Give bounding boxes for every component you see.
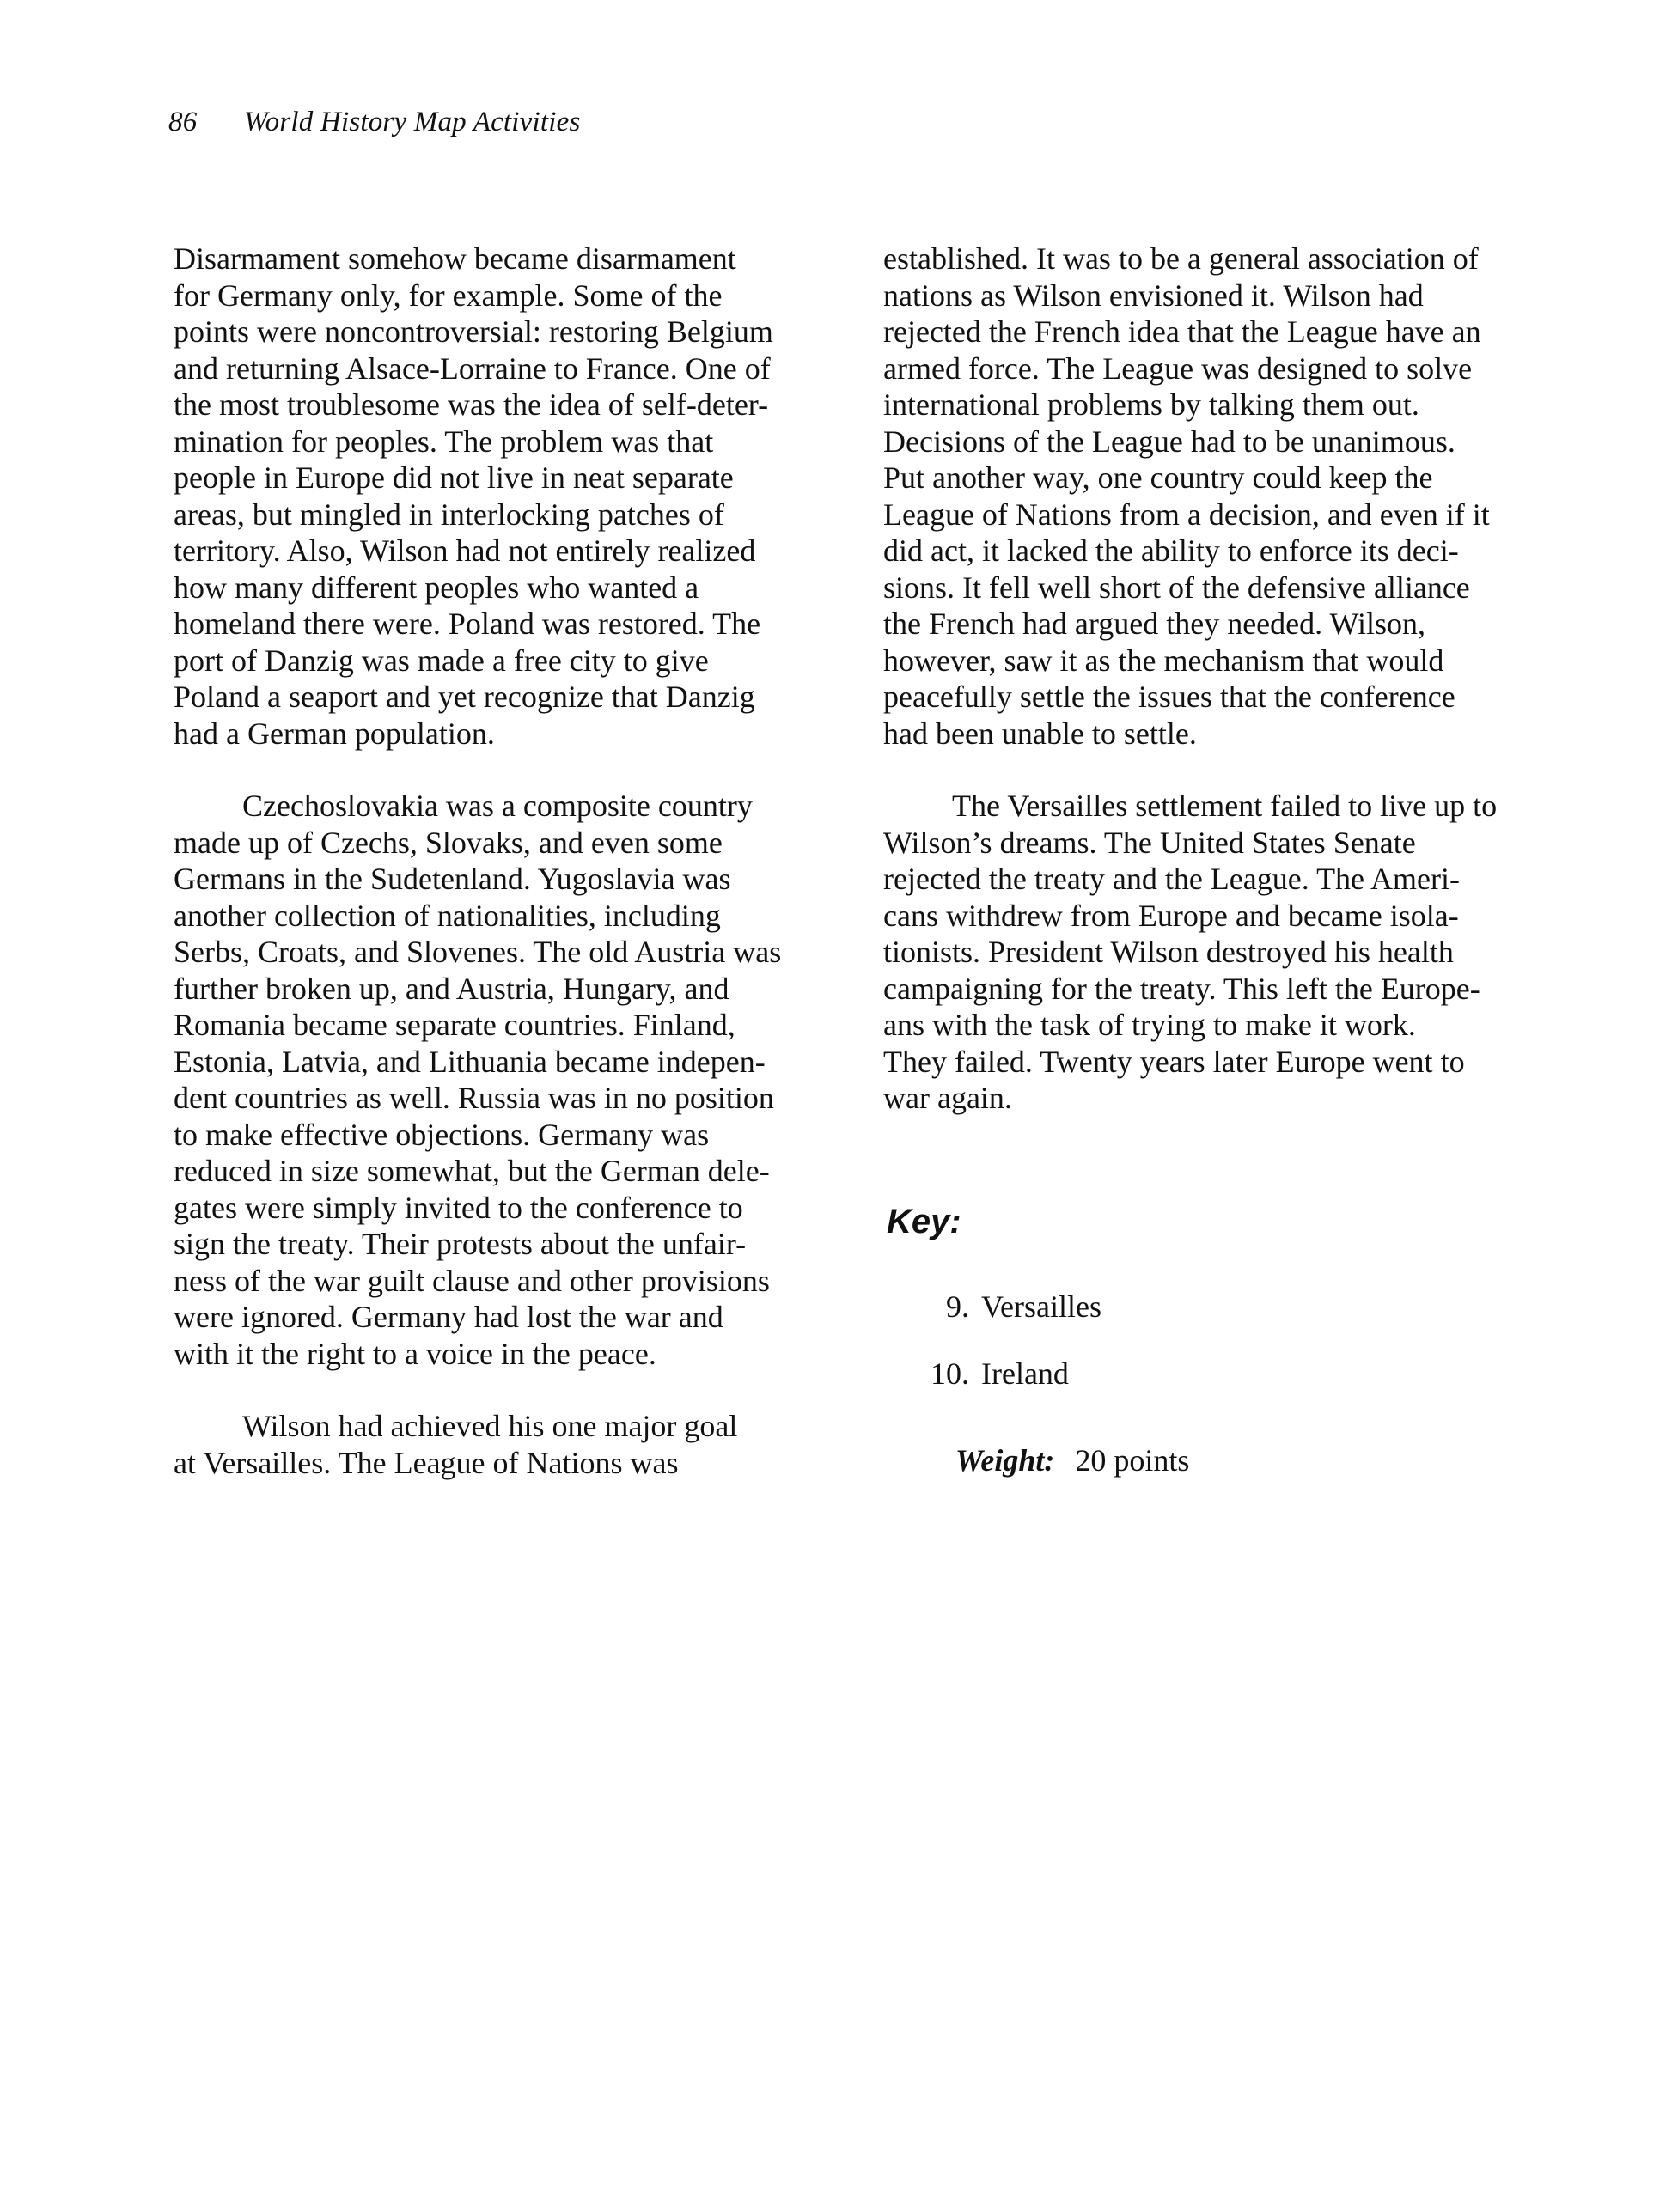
text-line: established. It was to be a general asso… [883, 241, 1545, 277]
text-line: international problems by talking them o… [883, 387, 1545, 424]
page-number: 86 [168, 107, 244, 138]
text-line: areas, but mingled in interlocking patch… [174, 497, 835, 533]
text-line: how many different peoples who wanted a [174, 570, 835, 606]
text-line: peacefully settle the issues that the co… [883, 679, 1545, 716]
paragraph-points: Disarmament somehow became disarmament f… [174, 241, 835, 752]
text-line: port of Danzig was made a free city to g… [174, 643, 835, 679]
running-head: 86World History Map Activities [168, 107, 581, 138]
paragraph-wilson-goal: Wilson had achieved his one major goal a… [174, 1408, 835, 1481]
text-line: territory. Also, Wilson had not entirely… [174, 533, 835, 570]
text-line: ness of the war guilt clause and other p… [174, 1263, 835, 1300]
text-line: Put another way, one country could keep … [883, 460, 1545, 497]
key-item: 9.Versailles [912, 1289, 1101, 1325]
text-line: another collection of nationalities, inc… [174, 898, 835, 935]
key-item-label: Versailles [981, 1289, 1101, 1324]
text-line: were ignored. Germany had lost the war a… [174, 1299, 835, 1336]
text-line: had a German population. [174, 716, 835, 753]
text-line: war again. [883, 1080, 1545, 1117]
paragraph-league: established. It was to be a general asso… [883, 241, 1545, 752]
left-column: Disarmament somehow became disarmament f… [174, 241, 835, 1517]
text-line: people in Europe did not live in neat se… [174, 460, 835, 497]
text-line: at Versailles. The League of Nations was [174, 1445, 835, 1482]
text-line: gates were simply invited to the confere… [174, 1190, 835, 1227]
text-line: with it the right to a voice in the peac… [174, 1336, 835, 1373]
text-line: Serbs, Croats, and Slovenes. The old Aus… [174, 934, 835, 971]
text-line: however, saw it as the mechanism that wo… [883, 643, 1545, 679]
paragraph-czechoslovakia: Czechoslovakia was a composite country m… [174, 788, 835, 1372]
key-item-number: 9. [912, 1289, 969, 1325]
text-line: rejected the French idea that the League… [883, 314, 1545, 350]
text-line: dent countries as well. Russia was in no… [174, 1080, 835, 1117]
text-line: sions. It fell well short of the defensi… [883, 570, 1545, 606]
text-line: the French had argued they needed. Wilso… [883, 606, 1545, 643]
key-item-label: Ireland [981, 1356, 1069, 1391]
text-line: Wilson’s dreams. The United States Senat… [883, 825, 1545, 862]
text-line: had been unable to settle. [883, 716, 1545, 753]
text-line: Romania became separate countries. Finla… [174, 1007, 835, 1044]
text-line: Estonia, Latvia, and Lithuania became in… [174, 1044, 835, 1081]
text-line: Disarmament somehow became disarmament [174, 241, 835, 277]
text-line: nations as Wilson envisioned it. Wilson … [883, 277, 1545, 314]
key-heading: Key: [887, 1203, 961, 1241]
text-line: points were noncontroversial: restoring … [174, 314, 835, 350]
text-line: homeland there were. Poland was restored… [174, 606, 835, 643]
text-line: Poland a seaport and yet recognize that … [174, 679, 835, 716]
text-line: tionists. President Wilson destroyed his… [883, 934, 1545, 971]
text-line: did act, it lacked the ability to enforc… [883, 533, 1545, 570]
key-item-number: 10. [912, 1356, 969, 1392]
text-line: for Germany only, for example. Some of t… [174, 277, 835, 314]
text-line: to make effective objections. Germany wa… [174, 1117, 835, 1154]
book-title: World History Map Activities [244, 107, 581, 137]
key-item: 10.Ireland [912, 1356, 1069, 1392]
text-line: Czechoslovakia was a composite country [174, 788, 835, 825]
right-column: established. It was to be a general asso… [883, 241, 1545, 1153]
weight-label: Weight: [955, 1443, 1054, 1478]
text-line: campaigning for the treaty. This left th… [883, 971, 1545, 1008]
text-line: the most troublesome was the idea of sel… [174, 387, 835, 424]
text-line: Germans in the Sudetenland. Yugoslavia w… [174, 861, 835, 898]
text-line: reduced in size somewhat, but the German… [174, 1153, 835, 1190]
text-line: League of Nations from a decision, and e… [883, 497, 1545, 533]
text-line: mination for peoples. The problem was th… [174, 424, 835, 460]
text-line: made up of Czechs, Slovaks, and even som… [174, 825, 835, 862]
weight-line: Weight:20 points [955, 1442, 1189, 1478]
text-line: Wilson had achieved his one major goal [174, 1408, 835, 1445]
weight-value: 20 points [1075, 1443, 1189, 1478]
paragraph-versailles-failed: The Versailles settlement failed to live… [883, 788, 1545, 1117]
text-line: cans withdrew from Europe and became iso… [883, 898, 1545, 935]
text-line: The Versailles settlement failed to live… [883, 788, 1545, 825]
text-line: and returning Alsace-Lorraine to France.… [174, 350, 835, 387]
text-line: armed force. The League was designed to … [883, 350, 1545, 387]
text-line: Decisions of the League had to be unanim… [883, 424, 1545, 460]
text-line: They failed. Twenty years later Europe w… [883, 1044, 1545, 1081]
text-line: rejected the treaty and the League. The … [883, 861, 1545, 898]
text-line: sign the treaty. Their protests about th… [174, 1226, 835, 1263]
text-line: ans with the task of trying to make it w… [883, 1007, 1545, 1044]
text-line: further broken up, and Austria, Hungary,… [174, 971, 835, 1008]
